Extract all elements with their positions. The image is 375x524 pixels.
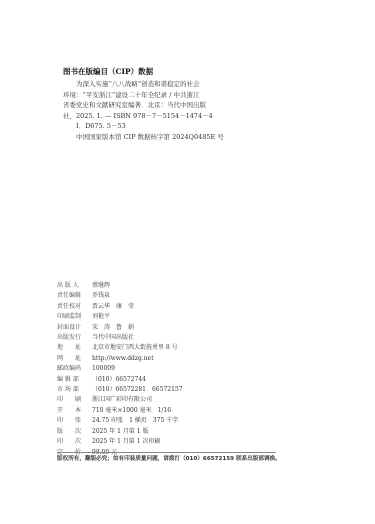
- credit-row-website: 网 址 http://www.ddzg.net: [57, 354, 297, 364]
- divider-line: [57, 452, 276, 453]
- copyright-notice: 版权所有，翻版必究；如有印装质量问题，请拨打（010）66572159 联系出版…: [57, 455, 281, 464]
- credit-label: 出 版 人: [57, 281, 92, 291]
- cip-line: 环境：“平安浙江”建设二十年全纪录 / 中共浙江: [63, 90, 283, 101]
- credit-row-printing: 印 次 2025 年 1 月第 1 次印刷: [57, 437, 297, 447]
- credit-label: 邮政编码: [57, 364, 92, 374]
- credit-label: 责任校对: [57, 302, 92, 312]
- credit-value: 24.75 印张 1 插页 375 千字: [92, 416, 297, 426]
- credit-label: 责任编辑: [57, 291, 92, 301]
- cip-block: 图书在版编目（CIP）数据 为深入实施“八八战略”创造和谐稳定的社会 环境：“平…: [63, 66, 283, 143]
- credit-label: 印 张: [57, 416, 92, 426]
- credit-label: 印刷监制: [57, 312, 92, 322]
- cip-record-number: 中国国家版本馆 CIP 数据核字第 2024Q0485E 号: [63, 132, 283, 143]
- website-link: http://www.ddzg.net: [92, 354, 297, 364]
- credit-label: 编 辑 部: [57, 375, 92, 385]
- credit-value: 宋 涛 鲁 娟: [92, 323, 297, 333]
- cip-body: 为深入实施“八八战略”创造和谐稳定的社会 环境：“平安浙江”建设二十年全纪录 /…: [63, 79, 283, 143]
- credit-row-editorial-dept: 编 辑 部 （010）66572744: [57, 375, 297, 385]
- credit-label: 地 址: [57, 343, 92, 353]
- cip-line: 社，2025. 1. — ISBN 978－7－5154－1474－4: [63, 111, 283, 122]
- credit-row-edition: 版 次 2025 年 1 月第 1 版: [57, 427, 297, 437]
- cip-line: 为深入实施“八八战略”创造和谐稳定的社会: [63, 79, 283, 90]
- credit-row-print-supervisor: 印刷监制 刘艳平: [57, 312, 297, 322]
- credit-value: 2025 年 1 月第 1 次印刷: [92, 437, 297, 447]
- credit-value: 100009: [92, 364, 297, 374]
- credit-value: 刘艳平: [92, 312, 297, 322]
- credit-label: 封面设计: [57, 323, 92, 333]
- credit-row-sheets: 印 张 24.75 印张 1 插页 375 千字: [57, 416, 297, 426]
- cip-classification: Ⅰ．D675. 5－53: [63, 121, 283, 132]
- credit-row-publisher: 出版发行 当代中国出版社: [57, 333, 297, 343]
- credit-row-proofreader: 责任校对 贾云华 康 莹: [57, 302, 297, 312]
- credit-label: 开 本: [57, 406, 92, 416]
- credit-row-postcode: 邮政编码 100009: [57, 364, 297, 374]
- credit-row-publisher-person: 出 版 人 蔡继辉: [57, 281, 297, 291]
- publication-credits: 出 版 人 蔡继辉 责任编辑 乔钱泉 责任校对 贾云华 康 莹 印刷监制 刘艳平…: [57, 281, 297, 458]
- credit-row-marketing-dept: 市 场 部 （010）66572281 66572157: [57, 385, 297, 395]
- credit-label: 市 场 部: [57, 385, 92, 395]
- credit-label: 印 刷: [57, 395, 92, 405]
- credit-value: 当代中国出版社: [92, 333, 297, 343]
- credit-row-address: 地 址 北京市地安门西大街旌勇里 8 号: [57, 343, 297, 353]
- credit-row-editor: 责任编辑 乔钱泉: [57, 291, 297, 301]
- credit-value: （010）66572744: [92, 375, 297, 385]
- credit-row-format: 开 本 710 毫米×1000 毫米 1/16: [57, 406, 297, 416]
- credit-row-cover-design: 封面设计 宋 涛 鲁 娟: [57, 323, 297, 333]
- credit-label: 出版发行: [57, 333, 92, 343]
- cip-line: 省委党史和文献研究室编著．北京：当代中国出版: [63, 100, 283, 111]
- credit-value: 2025 年 1 月第 1 版: [92, 427, 297, 437]
- credit-label: 印 次: [57, 437, 92, 447]
- credit-row-printer: 印 刷 浙江国广彩印有限公司: [57, 395, 297, 405]
- credit-value: 710 毫米×1000 毫米 1/16: [92, 406, 297, 416]
- credit-value: 北京市地安门西大街旌勇里 8 号: [92, 343, 297, 353]
- credit-value: 浙江国广彩印有限公司: [92, 395, 297, 405]
- credit-label: 版 次: [57, 427, 92, 437]
- cip-title: 图书在版编目（CIP）数据: [63, 66, 283, 77]
- credit-value: 乔钱泉: [92, 291, 297, 301]
- credit-label: 网 址: [57, 354, 92, 364]
- credit-value: 蔡继辉: [92, 281, 297, 291]
- credit-value: （010）66572281 66572157: [92, 385, 297, 395]
- credit-value: 贾云华 康 莹: [92, 302, 297, 312]
